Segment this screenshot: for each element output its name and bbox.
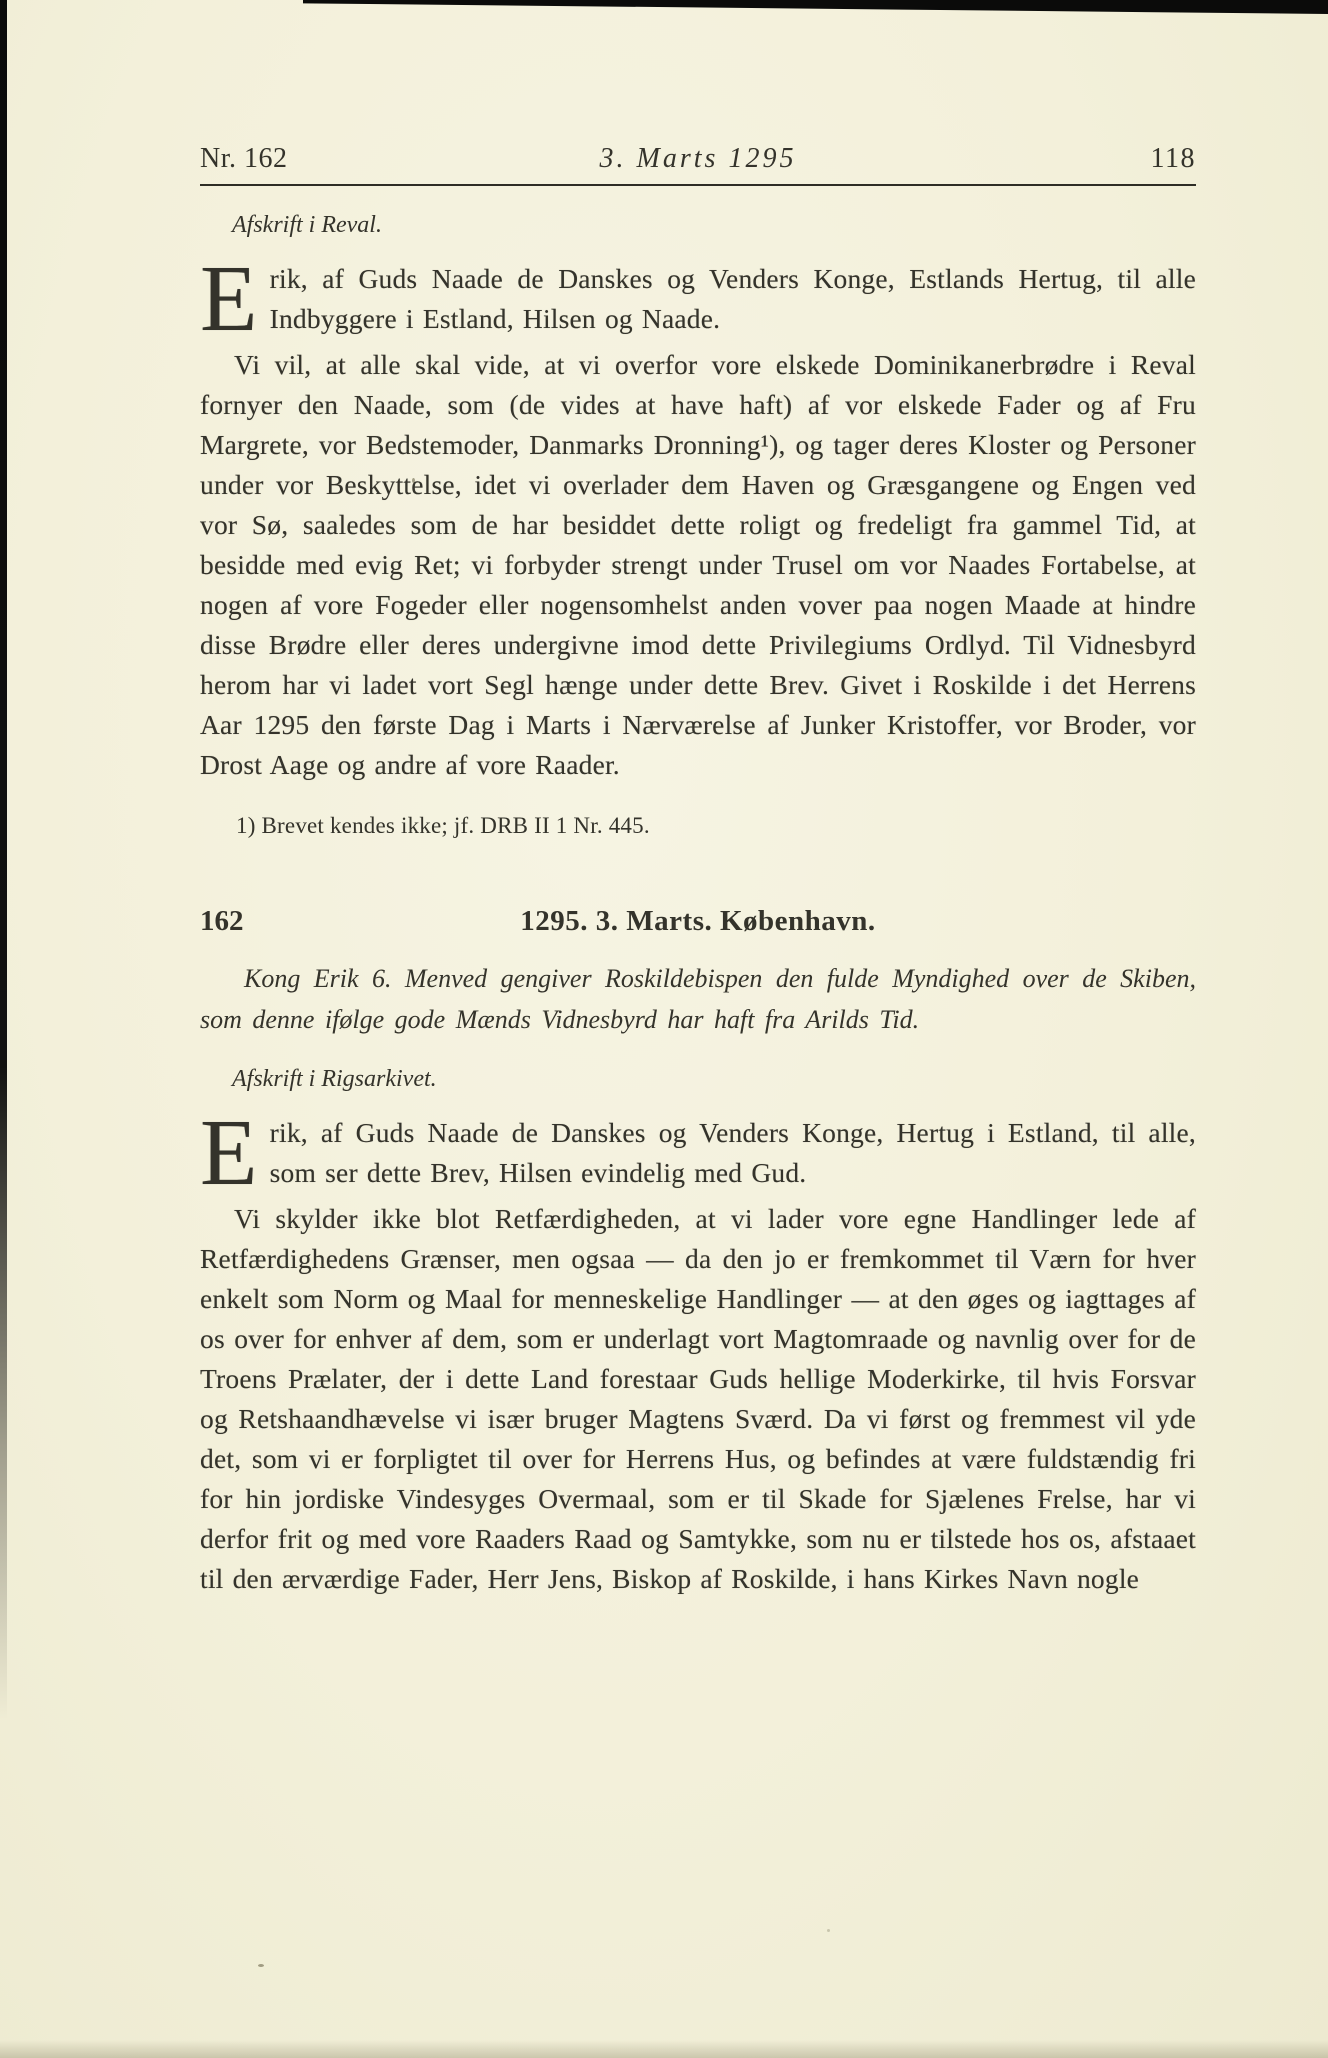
regest-summary: Kong Erik 6. Menved gengiver Roskildebis… xyxy=(200,958,1196,1040)
running-date: 3. Marts 1295 xyxy=(330,143,1066,175)
book-page-scan: Nr. 162 3. Marts 1295 118 Afskrift i Rev… xyxy=(0,0,1328,2058)
salutation-entry-162: Erik, af Guds Naade de Danskes og Vender… xyxy=(200,1113,1196,1193)
scan-shadow-bottom xyxy=(0,2040,1328,2058)
letter-body-first: Vi vil, at alle skal vide, at vi overfor… xyxy=(200,345,1196,785)
header-rule xyxy=(200,184,1196,186)
salutation-text: rik, af Guds Naade de Danskes og Venders… xyxy=(270,1117,1196,1188)
drop-cap-initial: E xyxy=(200,264,258,334)
entry-number: 162 xyxy=(200,905,330,938)
paper-speck xyxy=(258,1964,264,1967)
entry-date-place: 1295. 3. Marts. København. xyxy=(330,905,1066,938)
letter-body-entry-162: Vi skylder ikke blot Retfærdigheden, at … xyxy=(200,1199,1196,1599)
drop-cap-initial: E xyxy=(200,1118,258,1188)
source-note-entry-162: Afskrift i Rigsarkivet. xyxy=(232,1066,1196,1093)
paper-speck xyxy=(412,478,415,483)
entry-heading-162: 162 1295. 3. Marts. København. xyxy=(200,905,1196,938)
source-note-first-letter: Afskrift i Reval. xyxy=(232,212,1196,239)
salutation-text: rik, af Guds Naade de Danskes og Venders… xyxy=(270,263,1196,334)
scan-edge-top xyxy=(303,0,1328,14)
scan-edge-left-binding xyxy=(0,0,7,1720)
salutation-first-letter: Erik, af Guds Naade de Danskes og Vender… xyxy=(200,259,1196,339)
paper-speck xyxy=(827,1929,830,1932)
page-content: Nr. 162 3. Marts 1295 118 Afskrift i Rev… xyxy=(200,143,1196,1599)
footnote: 1) Brevet kendes ikke; jf. DRB II 1 Nr. … xyxy=(236,813,1196,839)
running-entry-number: Nr. 162 xyxy=(200,143,330,175)
page-number: 118 xyxy=(1066,143,1196,175)
running-header: Nr. 162 3. Marts 1295 118 xyxy=(200,143,1196,175)
